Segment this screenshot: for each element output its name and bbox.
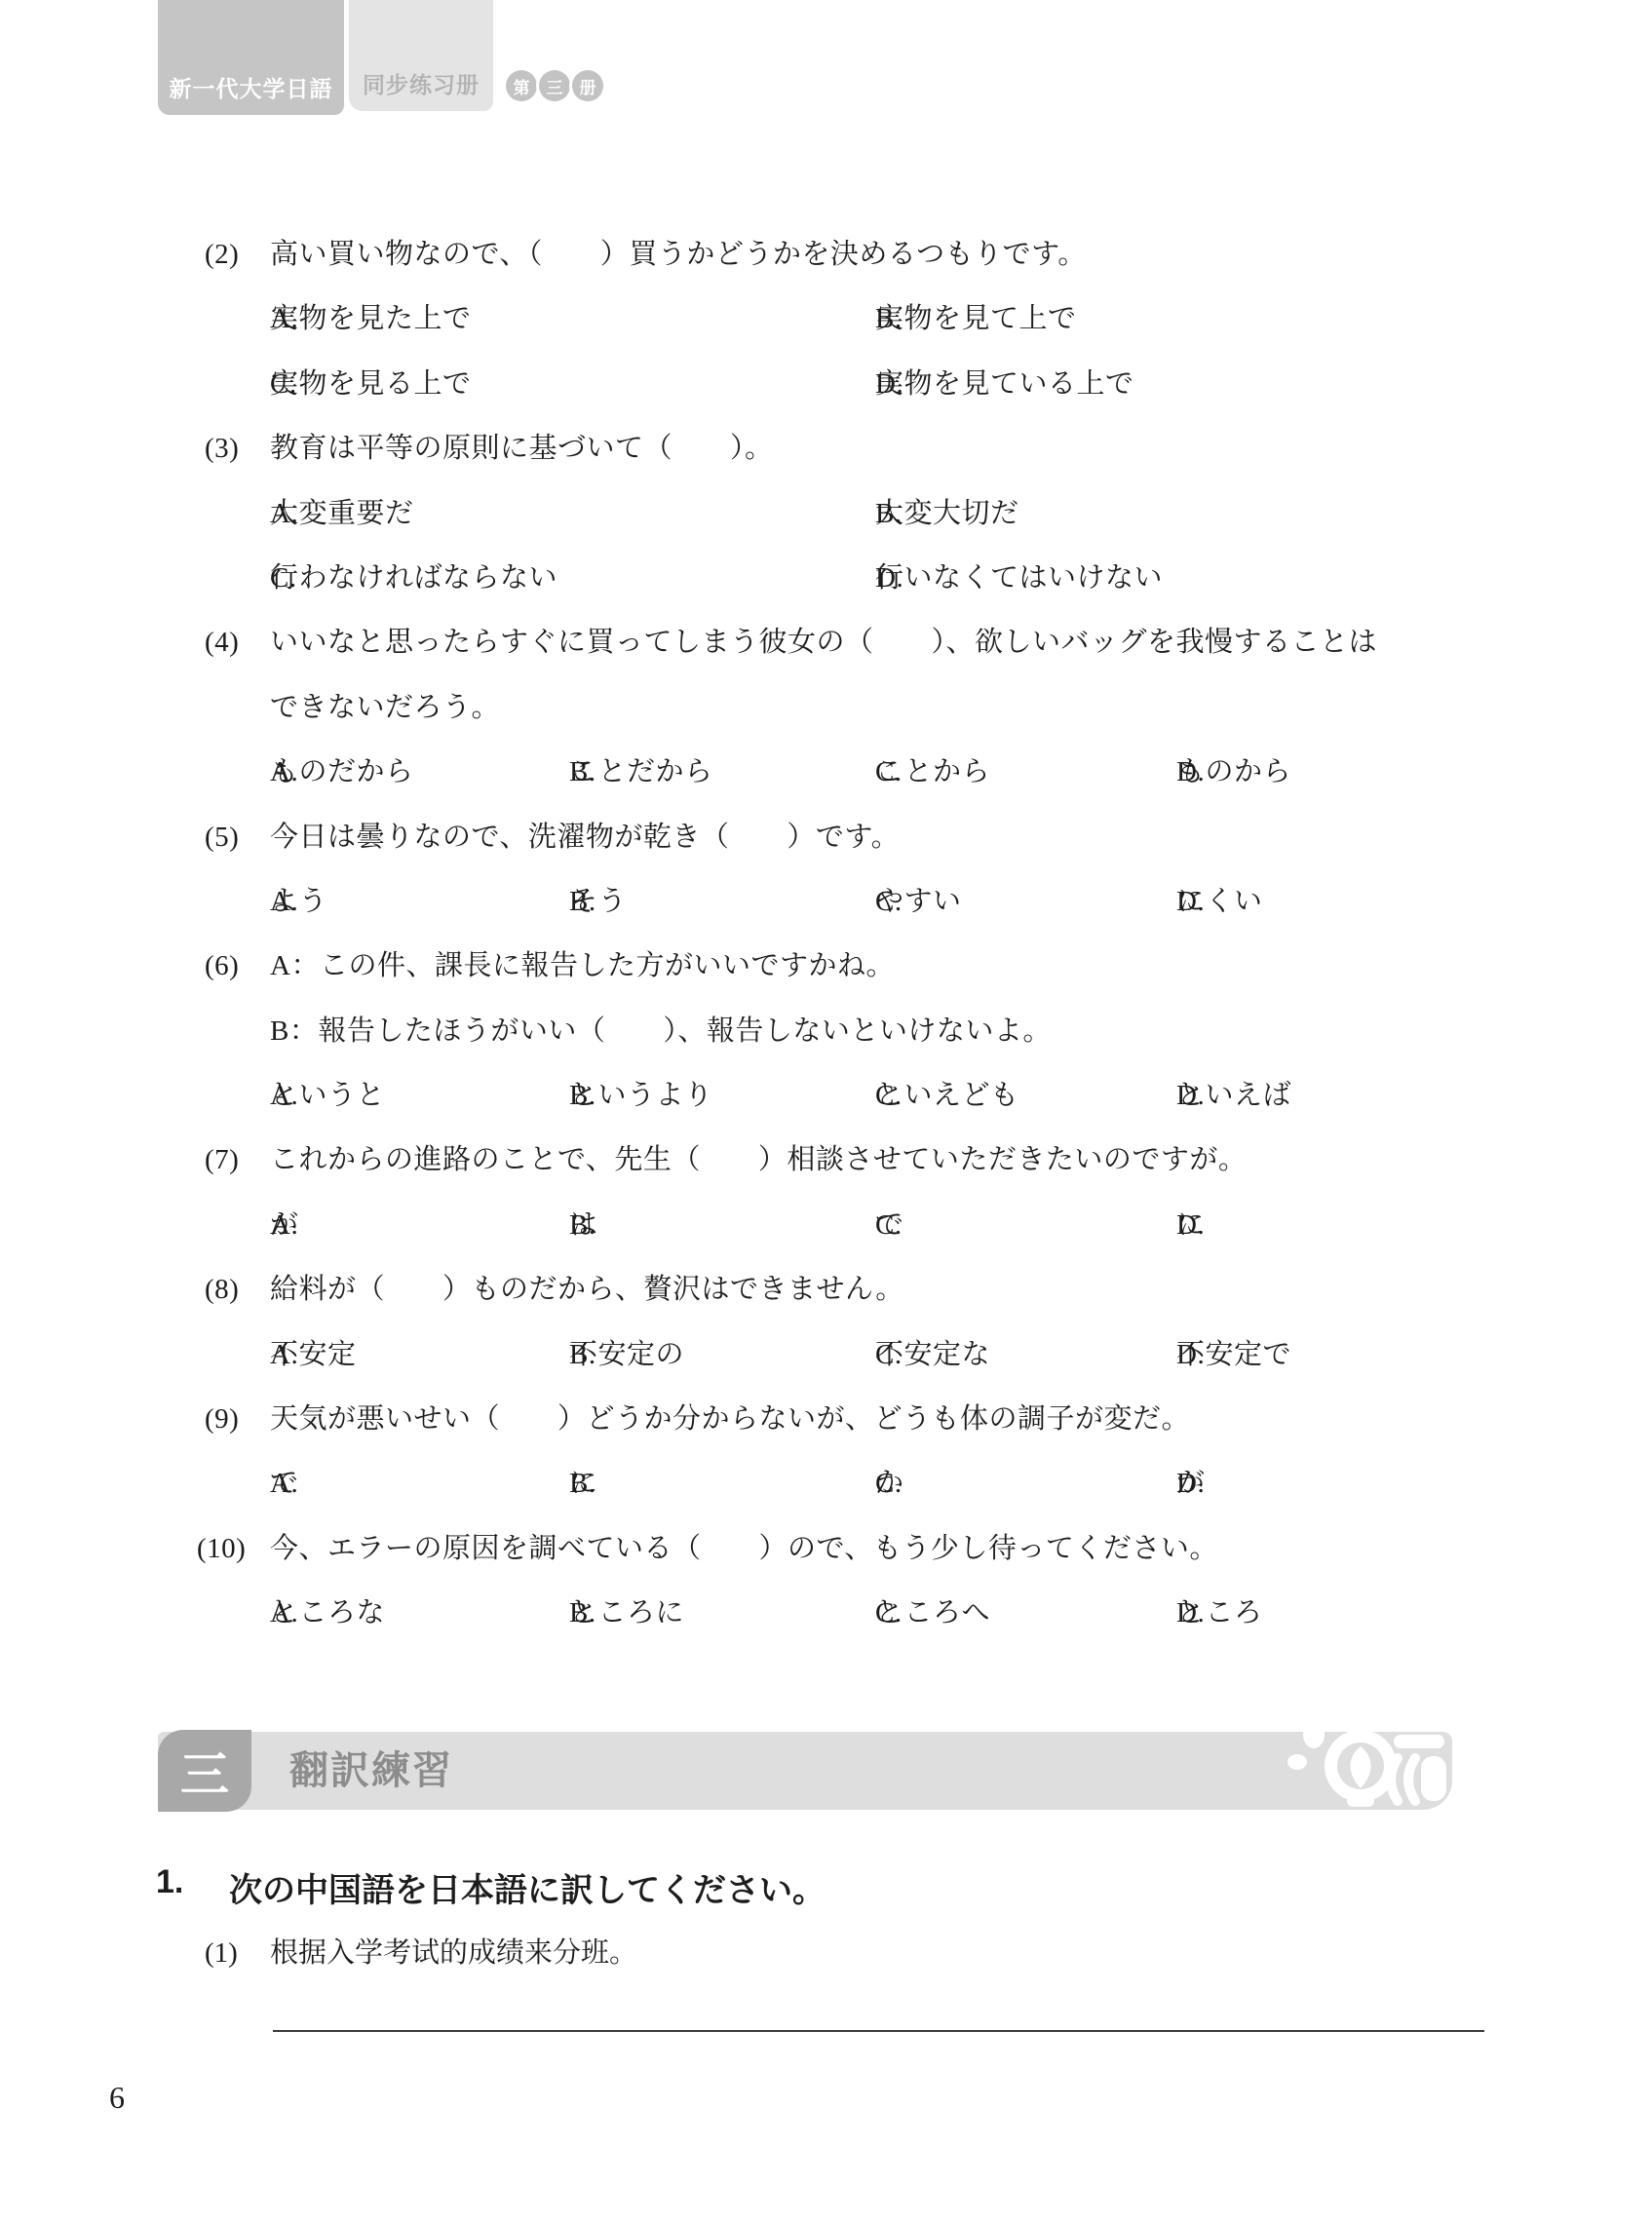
section-title: 翻訳練習 (289, 1732, 453, 1810)
question-6-stem: (6) A：この件、課長に報告した方がいいですかね。 (0, 934, 1652, 998)
volume-badge-char: 册 (572, 70, 603, 101)
translation-item-number: (1) (205, 1934, 238, 1973)
question-10-stem: (10) 今、エラーの原因を調べている（ ）ので、もう少し待ってください。 (0, 1516, 1652, 1581)
question-2-options-row1: A.実物を見た上で B.実物を見て上で (0, 287, 1652, 351)
translation-heading-text: 次の中国語を日本語に訳してください。 (229, 1863, 826, 1911)
question-number: (9) (205, 1387, 239, 1451)
question-5-stem: (5) 今日は曇りなので、洗濯物が乾き（ ）です。 (0, 805, 1652, 869)
question-3-options-row2: C.行わなければならない D.行いなくてはいけない (0, 546, 1652, 610)
question-stem: いいなと思ったらすぐに買ってしまう彼女の（ ）、欲しいバッグを我慢することは (270, 610, 1377, 674)
question-stem: 教育は平等の原則に基づいて（ ）。 (270, 416, 774, 480)
volume-badge-char: 三 (539, 70, 570, 101)
question-number: (3) (205, 416, 239, 480)
question-number: (10) (197, 1516, 246, 1581)
question-9-stem: (9) 天気が悪いせい（ ）どうか分からないが、どうも体の調子が変だ。 (0, 1387, 1652, 1451)
question-3-options-row1: A.大変重要だ B.大変大切だ (0, 481, 1652, 546)
question-4-stem: (4) いいなと思ったらすぐに買ってしまう彼女の（ ）、欲しいバッグを我慢するこ… (0, 610, 1652, 674)
volume-badge-char: 第 (506, 70, 537, 101)
question-number: (4) (205, 610, 239, 674)
workbook-page: 新一代大学日語 同步练习册 第 三 册 (2) 高い買い物なので、（ ）買うかど… (0, 0, 1652, 2222)
question-stem: 今、エラーの原因を調べている（ ）ので、もう少し待ってください。 (270, 1516, 1218, 1581)
question-stem: 今日は曇りなので、洗濯物が乾き（ ）です。 (270, 805, 900, 869)
question-9-options: A.で B.に C.か D.が (0, 1451, 1652, 1515)
question-number: (8) (205, 1257, 239, 1322)
question-4-options: A.ものだから B.ことだから C.ことから D.ものから (0, 740, 1652, 804)
section-header-bar: 三 翻訳練習 (158, 1732, 1452, 1810)
question-stem: A：この件、課長に報告した方がいいですかね。 (270, 934, 895, 998)
question-6-options: A.というと B.というより C.といえども D.といえば (0, 1063, 1652, 1128)
translation-item-text: 根据入学考试的成绩来分班。 (270, 1934, 637, 1973)
question-number: (7) (205, 1128, 239, 1192)
question-stem: 給料が（ ）ものだから、贅沢はできません。 (270, 1257, 904, 1322)
series-title: 新一代大学日語 (170, 71, 333, 103)
question-6-stem-line2: B：報告したほうがいい（ ）、報告しないといけないよ。 (0, 999, 1652, 1063)
workbook-title: 同步练习册 (363, 67, 480, 99)
answer-line (273, 2030, 1484, 2032)
question-7-stem: (7) これからの進路のことで、先生（ ）相談させていただきたいのですが。 (0, 1128, 1652, 1192)
translation-heading: 1. 次の中国語を日本語に訳してください。 (156, 1863, 183, 1901)
question-8-stem: (8) 給料が（ ）ものだから、贅沢はできません。 (0, 1257, 1652, 1322)
question-stem: B：報告したほうがいい（ ）、報告しないといけないよ。 (270, 999, 1052, 1063)
section-index-box: 三 (158, 1730, 251, 1812)
header-series-box: 新一代大学日語 (158, 0, 344, 115)
question-number: (5) (205, 805, 239, 869)
question-stem: 天気が悪いせい（ ）どうか分からないが、どうも体の調子が変だ。 (270, 1387, 1190, 1451)
question-stem: できないだろう。 (270, 675, 500, 740)
translation-heading-number: 1. (156, 1863, 183, 1900)
question-number: (2) (205, 222, 239, 287)
page-number: 6 (109, 2080, 125, 2116)
question-number: (6) (205, 934, 239, 998)
question-4-stem-line2: できないだろう。 (0, 675, 1652, 740)
question-5-options: A.よう B.そう C.やすい D.にくい (0, 869, 1652, 934)
question-3-stem: (3) 教育は平等の原則に基づいて（ ）。 (0, 416, 1652, 480)
question-2-options-row2: C.実物を見る上で D.実物を見ている上で (0, 352, 1652, 416)
question-stem: これからの進路のことで、先生（ ）相談させていただきたいのですが。 (270, 1128, 1247, 1192)
question-stem: 高い買い物なので、（ ）買うかどうかを決めるつもりです。 (270, 222, 1087, 287)
question-list: (2) 高い買い物なので、（ ）買うかどうかを決めるつもりです。 A.実物を見た… (0, 222, 1652, 1646)
lightbulb-icon (1285, 1696, 1460, 1815)
question-2-stem: (2) 高い買い物なので、（ ）買うかどうかを決めるつもりです。 (0, 222, 1652, 287)
translation-item-1: (1) 根据入学考试的成绩来分班。 (0, 1934, 1652, 1973)
volume-badge: 第 三 册 (506, 70, 605, 101)
question-10-options: A.ところな B.ところに C.ところへ D.ところ (0, 1581, 1652, 1645)
header-workbook-box: 同步练习册 (349, 0, 493, 111)
question-7-options: A.が B.は C.で D.に (0, 1193, 1652, 1257)
question-8-options: A.不安定 B.不安定の C.不安定な D.不安定で (0, 1322, 1652, 1387)
